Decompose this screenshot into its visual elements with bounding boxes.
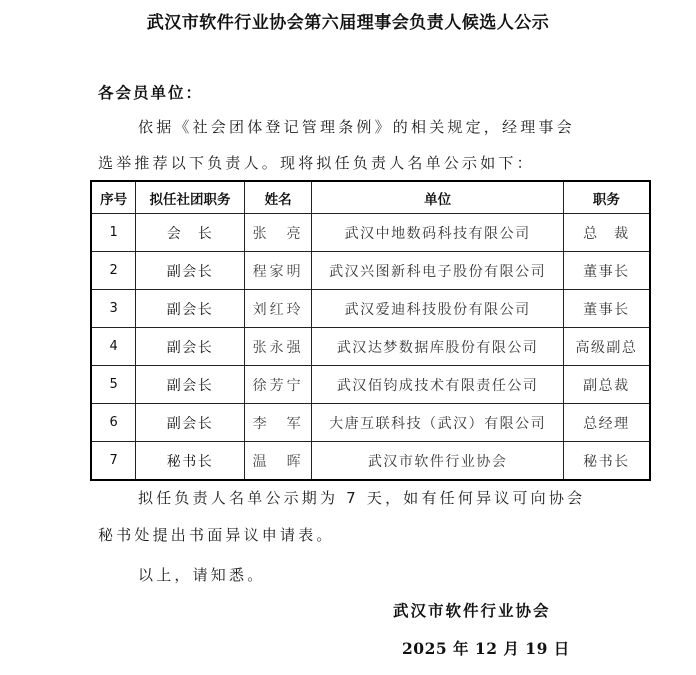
- table-row: 1 会 长 张 亮 武汉中地数码科技有限公司 总 裁: [91, 214, 650, 252]
- cell-no: 1: [91, 214, 136, 252]
- table-row: 7 秘书长 温 晖 武汉市软件行业协会 秘书长: [91, 442, 650, 481]
- cell-unit: 武汉佰钧成技术有限责任公司: [312, 366, 563, 404]
- cell-name: 徐芳宁: [244, 366, 312, 404]
- cell-no: 4: [91, 328, 136, 366]
- header-position: 职务: [563, 181, 650, 214]
- cell-role: 副会长: [136, 366, 245, 404]
- header-unit: 单位: [312, 181, 563, 214]
- cell-position: 秘书长: [563, 442, 650, 481]
- notice-line-1: 拟任负责人名单公示期为 7 天，如有任何异议可向协会: [138, 487, 585, 508]
- cell-unit: 武汉兴图新科电子股份有限公司: [312, 252, 563, 290]
- cell-position: 董事长: [563, 290, 650, 328]
- intro-line-1: 依据《社会团体登记管理条例》的相关规定，经理事会: [138, 116, 575, 137]
- cell-no: 3: [91, 290, 136, 328]
- cell-position: 董事长: [563, 252, 650, 290]
- cell-position: 高级副总: [563, 328, 650, 366]
- cell-name: 程家明: [244, 252, 312, 290]
- cell-unit: 武汉中地数码科技有限公司: [312, 214, 563, 252]
- cell-no: 7: [91, 442, 136, 481]
- cell-name: 温 晖: [244, 442, 312, 481]
- cell-role: 副会长: [136, 328, 245, 366]
- cell-unit: 武汉达梦数据库股份有限公司: [312, 328, 563, 366]
- table-row: 4 副会长 张永强 武汉达梦数据库股份有限公司 高级副总: [91, 328, 650, 366]
- cell-name: 张 亮: [244, 214, 312, 252]
- cell-no: 6: [91, 404, 136, 442]
- cell-role: 副会长: [136, 252, 245, 290]
- table-row: 5 副会长 徐芳宁 武汉佰钧成技术有限责任公司 副总裁: [91, 366, 650, 404]
- document-title: 武汉市软件行业协会第六届理事会负责人候选人公示: [0, 8, 696, 33]
- cell-unit: 武汉爱迪科技股份有限公司: [312, 290, 563, 328]
- salutation: 各会员单位：: [98, 81, 203, 103]
- table-row: 3 副会长 刘红玲 武汉爱迪科技股份有限公司 董事长: [91, 290, 650, 328]
- cell-no: 2: [91, 252, 136, 290]
- cell-unit: 武汉市软件行业协会: [312, 442, 563, 481]
- cell-role: 秘书长: [136, 442, 245, 481]
- signature-organization: 武汉市软件行业协会: [393, 599, 551, 621]
- header-role: 拟任社团职务: [136, 181, 245, 214]
- table-row: 2 副会长 程家明 武汉兴图新科电子股份有限公司 董事长: [91, 252, 650, 290]
- cell-no: 5: [91, 366, 136, 404]
- cell-position: 总 裁: [563, 214, 650, 252]
- candidate-table: 序号 拟任社团职务 姓名 单位 职务 1 会 长 张 亮 武汉中地数码科技有限公…: [90, 180, 651, 481]
- cell-role: 副会长: [136, 290, 245, 328]
- cell-name: 张永强: [244, 328, 312, 366]
- cell-role: 副会长: [136, 404, 245, 442]
- intro-line-2: 选举推荐以下负责人。现将拟任负责人名单公示如下：: [98, 152, 535, 173]
- cell-name: 刘红玲: [244, 290, 312, 328]
- notice-line-2: 秘书处提出书面异议申请表。: [98, 524, 335, 545]
- closing-text: 以上，请知悉。: [138, 564, 265, 585]
- cell-position: 总经理: [563, 404, 650, 442]
- cell-role: 会 长: [136, 214, 245, 252]
- header-name: 姓名: [244, 181, 312, 214]
- signature-date: 2025 年 12 月 19 日: [402, 637, 570, 659]
- table-header-row: 序号 拟任社团职务 姓名 单位 职务: [91, 181, 650, 214]
- cell-name: 李 军: [244, 404, 312, 442]
- cell-unit: 大唐互联科技（武汉）有限公司: [312, 404, 563, 442]
- cell-position: 副总裁: [563, 366, 650, 404]
- table-row: 6 副会长 李 军 大唐互联科技（武汉）有限公司 总经理: [91, 404, 650, 442]
- header-no: 序号: [91, 181, 136, 214]
